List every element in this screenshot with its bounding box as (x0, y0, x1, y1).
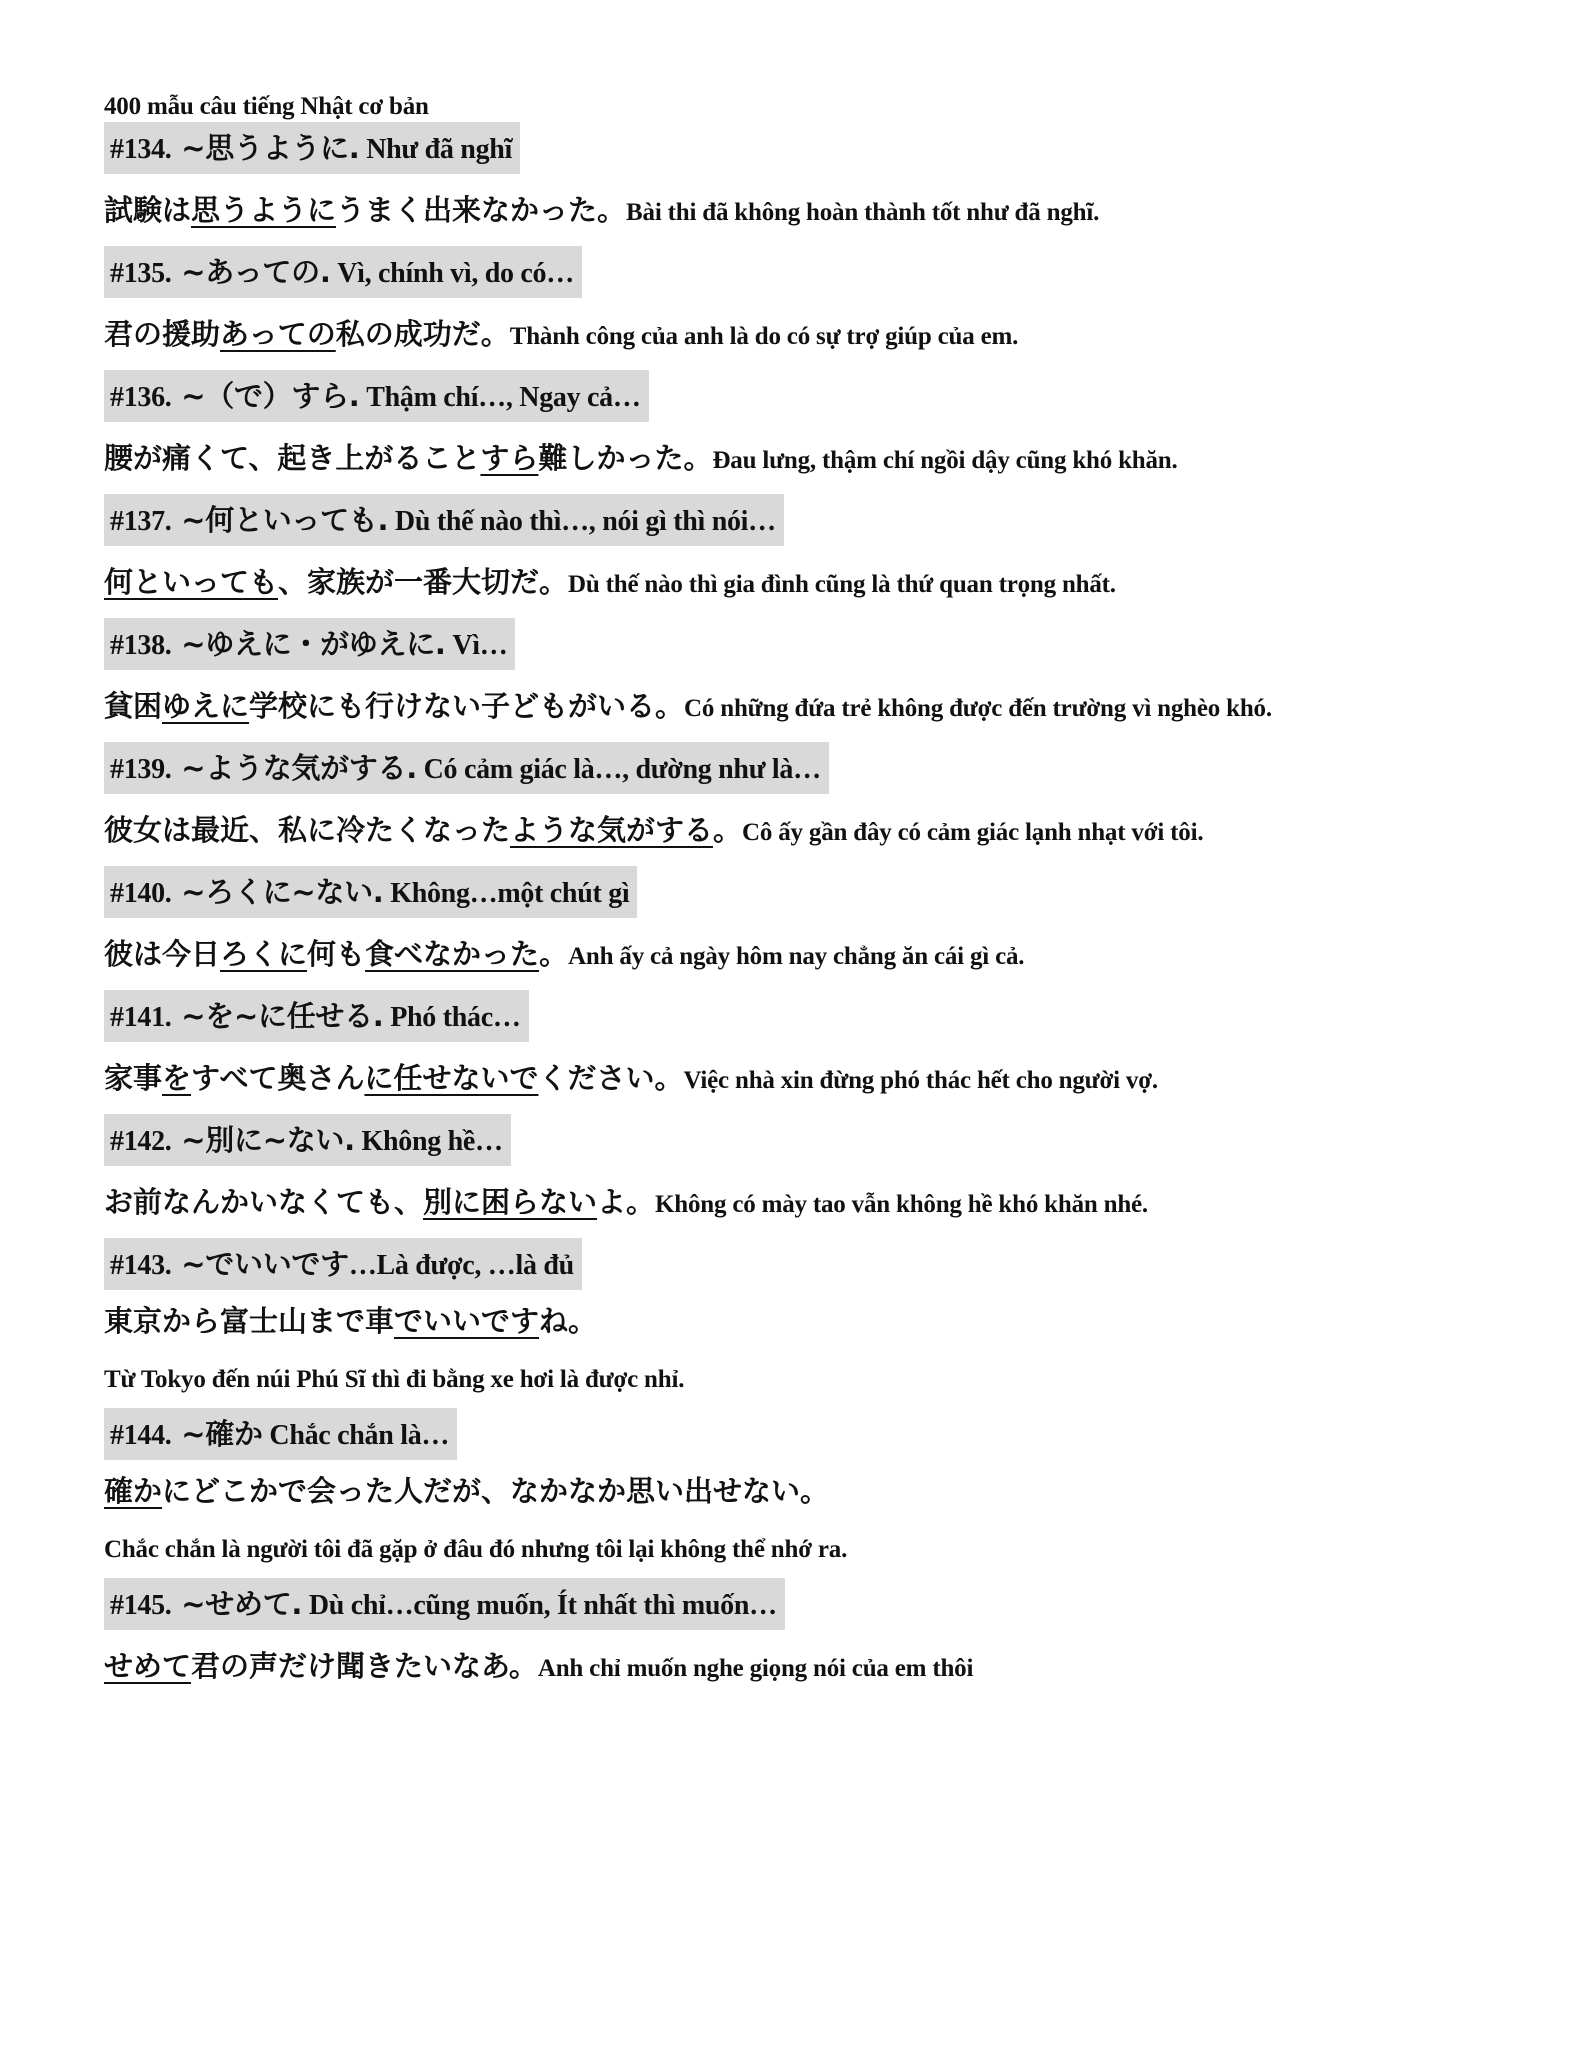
pattern-entry: #142. ~別に~ない. Không hề…お前なんかいなくても、別に困らない… (104, 1114, 1504, 1238)
vietnamese-translation: Anh ấy cả ngày hôm nay chẳng ăn cái gì c… (568, 943, 1024, 970)
pattern-japanese: ~（で）すら. (172, 379, 360, 413)
sentence-fragment: 、家族が一番大切だ。 (278, 565, 568, 599)
grammar-highlight: ろくに (220, 937, 307, 971)
japanese-sentence: 確かにどこかで会った人だが、なかなか思い出せない。 (104, 1474, 829, 1508)
grammar-highlight: 思うように (191, 193, 336, 227)
pattern-heading: #144. ~確か Chắc chắn là… (104, 1408, 457, 1460)
grammar-highlight: せめて (104, 1649, 191, 1683)
pattern-meaning: Vì… (446, 630, 508, 661)
pattern-number: #142. (110, 1126, 172, 1157)
vietnamese-translation: Từ Tokyo đến núi Phú Sĩ thì đi bằng xe h… (104, 1352, 1504, 1408)
example-sentence: 貧困ゆえに学校にも行けない子どもがいる。Có những đứa trẻ khô… (104, 670, 1504, 742)
sentence-fragment: 難しかった。 (538, 441, 712, 475)
pattern-japanese: ~ような気がする. (172, 751, 417, 785)
pattern-number: #138. (110, 630, 172, 661)
pattern-meaning: Vì, chính vì, do có… (331, 258, 574, 289)
grammar-highlight: ような気がする (510, 813, 713, 847)
example-sentence: せめて君の声だけ聞きたいなあ。Anh chỉ muốn nghe giọng n… (104, 1630, 1504, 1702)
pattern-entry: #139. ~ような気がする. Có cảm giác là…, dường n… (104, 742, 1504, 866)
pattern-entry: #137. ~何といっても. Dù thế nào thì…, nói gì t… (104, 494, 1504, 618)
sentence-fragment: すべて奥さん (191, 1061, 364, 1095)
pattern-number: #136. (110, 382, 172, 413)
pattern-entry: #138. ~ゆえに・がゆえに. Vì…貧困ゆえに学校にも行けない子どもがいる。… (104, 618, 1504, 742)
sentence-fragment: 。 (713, 813, 742, 847)
pattern-number: #135. (110, 258, 172, 289)
pattern-japanese: ~を~に任せる. (172, 999, 384, 1033)
sentence-fragment: 彼は今日 (104, 937, 220, 971)
pattern-heading: #137. ~何といっても. Dù thế nào thì…, nói gì t… (104, 494, 784, 546)
pattern-japanese: ~何といっても. (172, 503, 389, 537)
pattern-meaning: Không hề… (355, 1126, 503, 1157)
pattern-entry: #145. ~せめて. Dù chỉ…cũng muốn, Ít nhất th… (104, 1578, 1504, 1702)
grammar-highlight: すら (480, 441, 538, 475)
document-page: 400 mẫu câu tiếng Nhật cơ bản #134. ~思うよ… (104, 92, 1504, 1702)
example-sentence: 彼は今日ろくに何も食べなかった。Anh ấy cả ngày hôm nay c… (104, 918, 1504, 990)
grammar-highlight: 食べなかった (365, 937, 539, 971)
sentence-fragment: 学校にも行けない子どもがいる。 (249, 689, 684, 723)
example-sentence: 腰が痛くて、起き上がることすら難しかった。Đau lưng, thậm chí … (104, 422, 1504, 494)
pattern-entry: #141. ~を~に任せる. Phó thác…家事をすべて奥さんに任せないでく… (104, 990, 1504, 1114)
pattern-number: #139. (110, 754, 172, 785)
sentence-fragment: よ。 (597, 1185, 655, 1219)
pattern-number: #144. (110, 1420, 172, 1451)
pattern-heading: #145. ~せめて. Dù chỉ…cũng muốn, Ít nhất th… (104, 1578, 785, 1630)
pattern-japanese: ~別に~ない. (172, 1123, 355, 1157)
pattern-meaning: …Là được, …là đủ (349, 1250, 574, 1281)
japanese-sentence: 彼は今日ろくに何も食べなかった。 (104, 937, 568, 971)
pattern-entry: #143. ~でいいです…Là được, …là đủ東京から富士山まで車でい… (104, 1238, 1504, 1408)
sentence-fragment: 家事 (104, 1061, 162, 1095)
pattern-entry: #140. ~ろくに~ない. Không…một chút gì彼は今日ろくに何… (104, 866, 1504, 990)
pattern-meaning: Thậm chí…, Ngay cả… (360, 382, 641, 413)
pattern-meaning: Như đã nghĩ (360, 134, 513, 165)
grammar-highlight: に任せないで (364, 1061, 538, 1095)
vietnamese-translation: Chắc chắn là người tôi đã gặp ở đâu đó n… (104, 1522, 1504, 1578)
grammar-highlight: でいいです (394, 1304, 539, 1338)
vietnamese-translation: Đau lưng, thậm chí ngồi dậy cũng khó khă… (712, 447, 1177, 474)
pattern-heading: #142. ~別に~ない. Không hề… (104, 1114, 511, 1166)
sentence-fragment: 私の成功だ。 (336, 317, 510, 351)
sentence-fragment: 試験は (104, 193, 191, 227)
pattern-heading: #139. ~ような気がする. Có cảm giác là…, dường n… (104, 742, 829, 794)
sentence-fragment: うまく出来なかった。 (336, 193, 626, 227)
pattern-japanese: ~でいいです (172, 1247, 349, 1281)
pattern-number: #145. (110, 1590, 172, 1621)
vietnamese-translation: Thành công của anh là do có sự trợ giúp … (510, 323, 1018, 350)
sentence-fragment: ください。 (538, 1061, 683, 1095)
pattern-meaning: Có cảm giác là…, dường như là… (417, 754, 821, 785)
pattern-heading: #138. ~ゆえに・がゆえに. Vì… (104, 618, 515, 670)
vietnamese-translation: Việc nhà xin đừng phó thác hết cho người… (683, 1067, 1157, 1094)
sentence-fragment: 彼女は最近、私に冷たくなった (104, 813, 510, 847)
example-sentence: 東京から富士山まで車でいいですね。 (104, 1290, 1504, 1352)
vietnamese-translation: Cô ấy gần đây có cảm giác lạnh nhạt với … (742, 819, 1203, 846)
example-sentence: 何といっても、家族が一番大切だ。Dù thế nào thì gia đình … (104, 546, 1504, 618)
pattern-heading: #135. ~あっての. Vì, chính vì, do có… (104, 246, 582, 298)
japanese-sentence: 貧困ゆえに学校にも行けない子どもがいる。 (104, 689, 684, 723)
pattern-list: #134. ~思うように. Như đã nghĩ試験は思うようにうまく出来なか… (104, 122, 1504, 1702)
japanese-sentence: 家事をすべて奥さんに任せないでください。 (104, 1061, 683, 1095)
vietnamese-translation: Anh chỉ muốn nghe giọng nói của em thôi (538, 1655, 973, 1682)
pattern-heading: #143. ~でいいです…Là được, …là đủ (104, 1238, 582, 1290)
pattern-japanese: ~ろくに~ない. (172, 875, 384, 909)
japanese-sentence: 君の援助あっての私の成功だ。 (104, 317, 510, 351)
example-sentence: 確かにどこかで会った人だが、なかなか思い出せない。 (104, 1460, 1504, 1522)
pattern-meaning: Chắc chắn là… (263, 1420, 449, 1451)
grammar-highlight: を (162, 1061, 191, 1095)
japanese-sentence: 東京から富士山まで車でいいですね。 (104, 1304, 597, 1338)
pattern-entry: #134. ~思うように. Như đã nghĩ試験は思うようにうまく出来なか… (104, 122, 1504, 246)
pattern-entry: #136. ~（で）すら. Thậm chí…, Ngay cả…腰が痛くて、起… (104, 370, 1504, 494)
pattern-entry: #144. ~確か Chắc chắn là…確かにどこかで会った人だが、なかな… (104, 1408, 1504, 1578)
pattern-number: #137. (110, 506, 172, 537)
vietnamese-translation: Không có mày tao vẫn không hề khó khăn n… (655, 1191, 1148, 1218)
pattern-heading: #134. ~思うように. Như đã nghĩ (104, 122, 520, 174)
japanese-sentence: 試験は思うようにうまく出来なかった。 (104, 193, 626, 227)
document-title: 400 mẫu câu tiếng Nhật cơ bản (104, 92, 1504, 122)
vietnamese-translation: Bài thi đã không hoàn thành tốt như đã n… (626, 199, 1099, 226)
sentence-fragment: お前なんかいなくても、 (104, 1185, 423, 1219)
vietnamese-translation: Dù thế nào thì gia đình cũng là thứ quan… (568, 571, 1116, 598)
pattern-japanese: ~ゆえに・がゆえに. (172, 627, 446, 661)
example-sentence: お前なんかいなくても、別に困らないよ。Không có mày tao vẫn … (104, 1166, 1504, 1238)
sentence-fragment: 貧困 (104, 689, 162, 723)
pattern-meaning: Dù thế nào thì…, nói gì thì nói… (388, 506, 776, 537)
pattern-entry: #135. ~あっての. Vì, chính vì, do có…君の援助あって… (104, 246, 1504, 370)
sentence-fragment: 君の声だけ聞きたいなあ。 (191, 1649, 538, 1683)
sentence-fragment: ね。 (539, 1304, 597, 1338)
pattern-heading: #141. ~を~に任せる. Phó thác… (104, 990, 529, 1042)
pattern-japanese: ~思うように. (172, 131, 360, 165)
pattern-heading: #136. ~（で）すら. Thậm chí…, Ngay cả… (104, 370, 649, 422)
japanese-sentence: 腰が痛くて、起き上がることすら難しかった。 (104, 441, 712, 475)
sentence-fragment: にどこかで会った人だが、なかなか思い出せない。 (162, 1474, 829, 1508)
sentence-fragment: 東京から富士山まで車 (104, 1304, 394, 1338)
pattern-number: #134. (110, 134, 172, 165)
sentence-fragment: 。 (539, 937, 568, 971)
vietnamese-translation: Có những đứa trẻ không được đến trường v… (684, 695, 1272, 722)
pattern-japanese: ~確か (172, 1417, 263, 1451)
sentence-fragment: 君の援助 (104, 317, 220, 351)
grammar-highlight: ゆえに (162, 689, 249, 723)
example-sentence: 彼女は最近、私に冷たくなったような気がする。Cô ấy gần đây có c… (104, 794, 1504, 866)
japanese-sentence: 彼女は最近、私に冷たくなったような気がする。 (104, 813, 742, 847)
pattern-number: #140. (110, 878, 172, 909)
grammar-highlight: 何といっても (104, 565, 278, 599)
pattern-japanese: ~あっての. (172, 255, 331, 289)
japanese-sentence: お前なんかいなくても、別に困らないよ。 (104, 1185, 655, 1219)
grammar-highlight: あっての (220, 317, 336, 351)
example-sentence: 君の援助あっての私の成功だ。Thành công của anh là do c… (104, 298, 1504, 370)
japanese-sentence: せめて君の声だけ聞きたいなあ。 (104, 1649, 538, 1683)
pattern-number: #141. (110, 1002, 172, 1033)
example-sentence: 家事をすべて奥さんに任せないでください。Việc nhà xin đừng ph… (104, 1042, 1504, 1114)
pattern-meaning: Không…một chút gì (384, 878, 630, 909)
example-sentence: 試験は思うようにうまく出来なかった。Bài thi đã không hoàn … (104, 174, 1504, 246)
pattern-heading: #140. ~ろくに~ない. Không…một chút gì (104, 866, 637, 918)
pattern-japanese: ~せめて. (172, 1587, 303, 1621)
grammar-highlight: 別に困らない (423, 1185, 597, 1219)
pattern-number: #143. (110, 1250, 172, 1281)
japanese-sentence: 何といっても、家族が一番大切だ。 (104, 565, 568, 599)
sentence-fragment: 腰が痛くて、起き上がること (104, 441, 480, 475)
grammar-highlight: 確か (104, 1474, 162, 1508)
sentence-fragment: 何も (307, 937, 365, 971)
pattern-meaning: Phó thác… (384, 1002, 521, 1033)
pattern-meaning: Dù chỉ…cũng muốn, Ít nhất thì muốn… (302, 1590, 777, 1621)
